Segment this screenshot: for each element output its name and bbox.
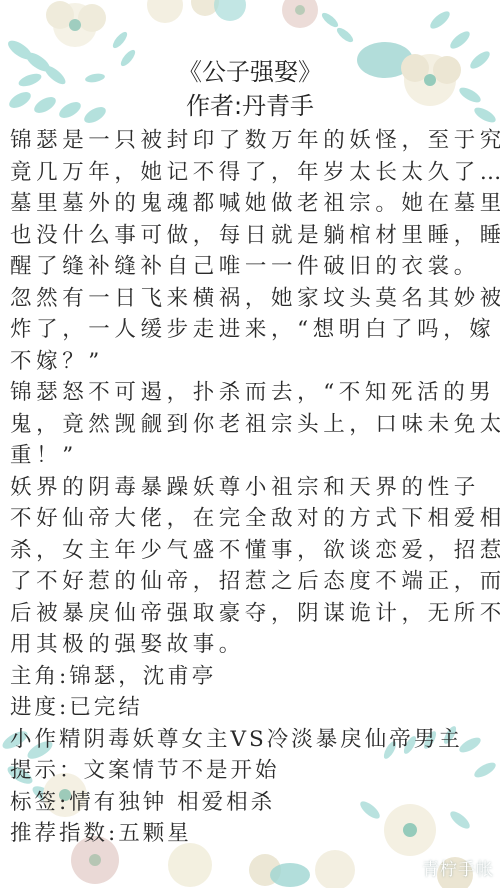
synopsis: 锦瑟是一只被封印了数万年的妖怪，至于究 竟几万年，她记不得了，年岁太长太久了……… <box>10 125 492 661</box>
hint: 提示：文案情节不是开始 <box>10 755 492 787</box>
synopsis-line: 忽然有一日飞来横祸，她家坟头莫名其妙被 <box>10 283 492 315</box>
synopsis-line: 后被暴戾仙帝强取豪夺，阴谋诡计，无所不 <box>10 598 492 630</box>
synopsis-line: 锦瑟怒不可遏，扑杀而去，“不知死活的男 <box>10 377 492 409</box>
synopsis-line: 妖界的阴毒暴躁妖尊小祖宗和天界的性子 <box>10 472 492 504</box>
synopsis-line: 不好仙帝大佬，在完全敌对的方式下相爱相 <box>10 503 492 535</box>
synopsis-line: 墓里墓外的鬼魂都喊她做老祖宗。她在墓里 <box>10 188 492 220</box>
recommendation-rating: 推荐指数:五颗星 <box>10 818 492 850</box>
watermark-logo-icon <box>404 861 418 875</box>
synopsis-line: 也没什么事可做，每日就是躺棺材里睡，睡 <box>10 220 492 252</box>
synopsis-line: 杀，女主年少气盛不懂事，欲谈恋爱，招惹 <box>10 535 492 567</box>
book-title: 《公子强娶》 <box>0 56 500 88</box>
watermark: 青柠手帐 <box>404 855 494 880</box>
synopsis-line: 鬼，竟然觊觎到你老祖宗头上，口味未免太 <box>10 409 492 441</box>
progress-status: 进度:已完结 <box>10 692 492 724</box>
synopsis-line: 重！” <box>10 440 492 472</box>
author-line: 作者:丹青手 <box>0 90 500 122</box>
synopsis-line: 竟几万年，她记不得了，年岁太长太久了…… <box>10 157 492 189</box>
book-content: 锦瑟是一只被封印了数万年的妖怪，至于究 竟几万年，她记不得了，年岁太长太久了……… <box>10 125 492 850</box>
book-header: 《公子强娶》 作者:丹青手 <box>0 56 500 122</box>
synopsis-line: 用其极的强娶故事。 <box>10 629 492 661</box>
synopsis-line: 锦瑟是一只被封印了数万年的妖怪，至于究 <box>10 125 492 157</box>
synopsis-line: 不嫁？” <box>10 346 492 378</box>
synopsis-line: 了不好惹的仙帝，招惹之后态度不端正，而 <box>10 566 492 598</box>
watermark-text: 青柠手帐 <box>422 855 494 880</box>
book-meta: 主角:锦瑟，沈甫亭 进度:已完结 小作精阴毒妖尊女主VS冷淡暴戾仙帝男主 提示：… <box>10 661 492 850</box>
pairing: 小作精阴毒妖尊女主VS冷淡暴戾仙帝男主 <box>10 724 492 756</box>
synopsis-line: 炸了，一人缓步走进来，“想明白了吗，嫁 <box>10 314 492 346</box>
protagonists: 主角:锦瑟，沈甫亭 <box>10 661 492 693</box>
synopsis-line: 醒了缝补缝补自己唯一一件破旧的衣裳。 <box>10 251 492 283</box>
tags: 标签:情有独钟 相爱相杀 <box>10 787 492 819</box>
